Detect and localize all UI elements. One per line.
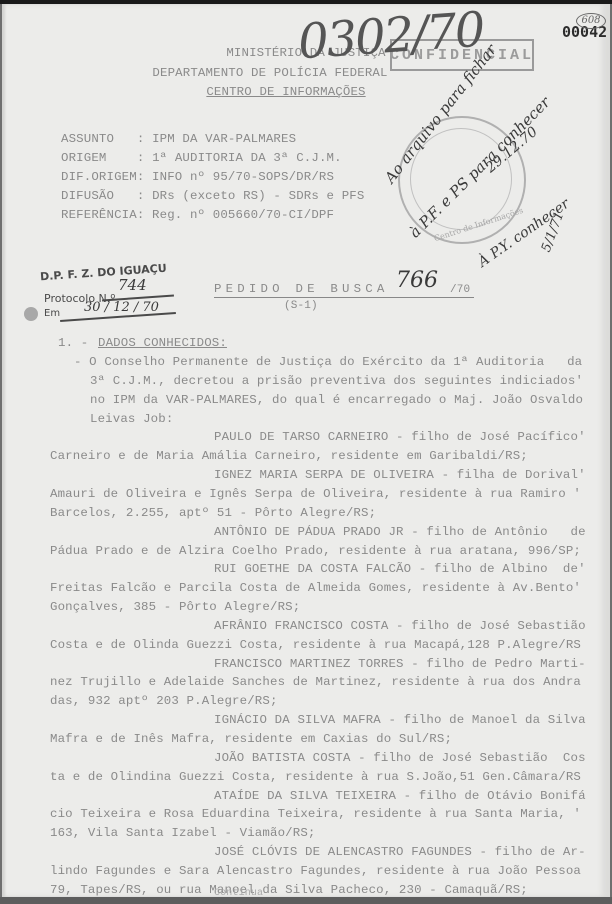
indicted-person-line: JOÃO BATISTA COSTA - filho de José Sebas… bbox=[214, 751, 586, 765]
body-line: 3ª C.J.M., decretou a prisão preventiva … bbox=[90, 374, 583, 388]
scan-bottom-border bbox=[0, 897, 612, 904]
body-line: Mafra e de Inês Mafra, residente em Caxi… bbox=[50, 732, 452, 746]
body-line: ta e de Olindina Guezzi Costa, residente… bbox=[50, 770, 581, 784]
body-line: 79, Tapes/RS, ou rua Manoel da Silva Pac… bbox=[50, 883, 528, 897]
field-row: DIF.ORIGEM: INFO nº 95/70-SOPS/DR/RS bbox=[61, 170, 334, 184]
protocol-date-label: Em bbox=[44, 308, 60, 319]
field-value: IPM DA VAR-PALMARES bbox=[152, 132, 296, 146]
document-page: MINISTÉRIO DA JUSTIÇA DEPARTAMENTO DE PO… bbox=[2, 4, 610, 897]
indicted-person-line: ATAÍDE DA SILVA TEIXEIRA - filho de Otáv… bbox=[214, 789, 586, 803]
section-number: 1. - bbox=[58, 336, 88, 350]
body-line: Barcelos, 2.255, aptº 51 - Pôrto Alegre/… bbox=[50, 506, 376, 520]
handwritten-title-number: 766 bbox=[396, 268, 438, 293]
section-heading: DADOS CONHECIDOS: bbox=[98, 336, 227, 350]
protocol-number: 744 bbox=[118, 276, 147, 294]
indicted-person-line: FRANCISCO MARTINEZ TORRES - filho de Ped… bbox=[214, 657, 586, 671]
field-value: 1ª AUDITORIA DA 3ª C.J.M. bbox=[152, 151, 342, 165]
indicted-person-line: JOSÉ CLÓVIS DE ALENCASTRO FAGUNDES - fil… bbox=[214, 845, 586, 859]
circled-page-number: 608 bbox=[576, 13, 606, 29]
field-sep: : bbox=[137, 132, 145, 146]
field-sep: : bbox=[137, 208, 145, 222]
field-sep: : bbox=[137, 151, 145, 165]
protocol-date: 30 / 12 / 70 bbox=[84, 300, 159, 315]
field-value: Reg. nº 005660/70-CI/DPF bbox=[152, 208, 334, 222]
field-value: DRs (exceto RS) - SDRs e PFS bbox=[152, 189, 364, 203]
header-center: CENTRO DE INFORMAÇÕES bbox=[0, 85, 590, 99]
body-line: Gonçalves, 385 - Pôrto Alegre/RS; bbox=[50, 600, 300, 614]
protocol-office: D.P. F. Z. DO IGUAÇU bbox=[40, 262, 167, 284]
indicted-person-line: IGNÁCIO DA SILVA MAFRA - filho de Manoel… bbox=[214, 713, 586, 727]
body-line: 163, Vila Santa Izabel - Viamão/RS; bbox=[50, 826, 316, 840]
field-row: ORIGEM : 1ª AUDITORIA DA 3ª C.J.M. bbox=[61, 151, 342, 165]
body-line: cio Teixeira e Rosa Eduardina Teixeira, … bbox=[50, 807, 581, 821]
field-row: REFERÊNCIA: Reg. nº 005660/70-CI/DPF bbox=[61, 208, 334, 222]
document-title: PEDIDO DE BUSCA bbox=[214, 282, 389, 296]
field-value: INFO nº 95/70-SOPS/DR/RS bbox=[152, 170, 334, 184]
document-subtitle: (S-1) bbox=[284, 300, 318, 312]
body-line: nez Trujillo e Adelaide Sanches de Marti… bbox=[50, 675, 581, 689]
body-line: - O Conselho Permanente de Justiça do Ex… bbox=[74, 355, 582, 369]
indicted-person-line: RUI GOETHE DA COSTA FALCÃO - filho de Al… bbox=[214, 562, 586, 576]
indicted-person-line: AFRÂNIO FRANCISCO COSTA - filho de José … bbox=[214, 619, 586, 633]
body-line: Carneiro e de Maria Amália Carneiro, res… bbox=[50, 449, 528, 463]
field-sep: : bbox=[137, 170, 145, 184]
title-year: /70 bbox=[450, 284, 470, 296]
body-line: Amauri de Oliveira e Ignês Serpa de Oliv… bbox=[50, 487, 581, 501]
field-sep: : bbox=[137, 189, 145, 203]
indicted-person-line: IGNEZ MARIA SERPA DE OLIVEIRA - filha de… bbox=[214, 468, 586, 482]
body-line: Freitas Falcão e Parcila Costa de Almeid… bbox=[50, 581, 581, 595]
body-line: Leivas Job: bbox=[90, 412, 173, 426]
field-row: ASSUNTO : IPM DA VAR-PALMARES bbox=[61, 132, 296, 146]
indicted-person-line: ANTÔNIO DE PÁDUA PRADO JR - filho de Ant… bbox=[214, 525, 586, 539]
body-line: Pádua Prado e de Alzira Coelho Prado, re… bbox=[50, 544, 581, 558]
field-label: REFERÊNCIA bbox=[61, 208, 137, 222]
indicted-person-line: PAULO DE TARSO CARNEIRO - filho de José … bbox=[214, 430, 586, 444]
body-line: Costa e de Olinda Guezzi Costa, resident… bbox=[50, 638, 581, 652]
field-label: DIF.ORIGEM bbox=[61, 170, 137, 184]
body-line: lindo Fagundes e Sara Alencastro Fagunde… bbox=[50, 864, 581, 878]
field-label: ORIGEM bbox=[61, 151, 129, 165]
field-label: ASSUNTO bbox=[61, 132, 129, 146]
field-label: DIFUSÃO bbox=[61, 189, 129, 203]
body-line: no IPM da VAR-PALMARES, do qual é encarr… bbox=[90, 393, 583, 407]
title-underline bbox=[214, 297, 474, 298]
punch-hole bbox=[24, 307, 38, 321]
body-line: das, 932 aptº 203 P.Alegre/RS; bbox=[50, 694, 278, 708]
field-row: DIFUSÃO : DRs (exceto RS) - SDRs e PFS bbox=[61, 189, 364, 203]
